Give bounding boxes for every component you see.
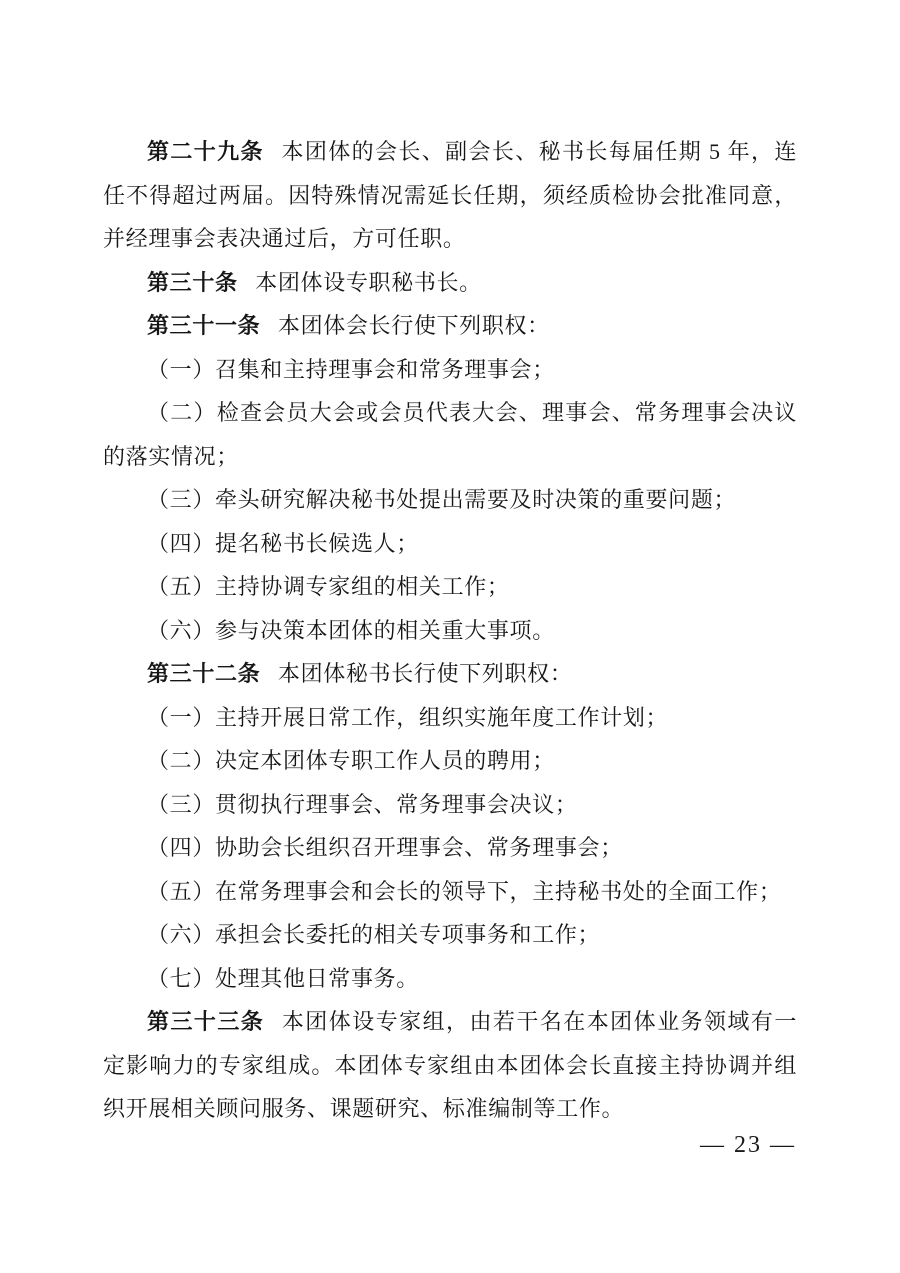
paragraph-text: （四）提名秘书长候选人； [147, 531, 419, 556]
clause-item: （五）在常务理事会和会长的领导下，主持秘书处的全面工作； [103, 870, 797, 914]
clause-item: （四）协助会长组织召开理事会、常务理事会； [103, 826, 797, 870]
paragraph-text: 本团体设专职秘书长。 [255, 270, 482, 295]
clause-item: （二）决定本团体专职工作人员的聘用； [103, 739, 797, 783]
page-number: — 23 — [700, 1132, 796, 1159]
article-paragraph: 第三十三条本团体设专家组，由若干名在本团体业务领域有一定影响力的专家组成。本团体… [103, 1000, 797, 1131]
paragraph-text: （二）检查会员大会或会员代表大会、理事会、常务理事会决议的落实情况； [103, 400, 797, 469]
paragraph-text: （六）承担会长委托的相关专项事务和工作； [147, 922, 600, 947]
paragraph-text: 本团体会长行使下列职权： [278, 313, 550, 338]
article-number: 第三十二条 [147, 661, 260, 686]
paragraph-text: 本团体秘书长行使下列职权： [278, 661, 573, 686]
article-number: 第三十一条 [147, 313, 260, 338]
clause-item: （三）贯彻执行理事会、常务理事会决议； [103, 783, 797, 827]
paragraph-text: （六）参与决策本团体的相关重大事项。 [147, 618, 555, 643]
article-paragraph: 第三十一条本团体会长行使下列职权： [103, 304, 797, 348]
article-number: 第二十九条 [147, 139, 264, 164]
article-number: 第三十条 [147, 270, 238, 295]
clause-item: （一）召集和主持理事会和常务理事会； [103, 348, 797, 392]
paragraph-text: （一）召集和主持理事会和常务理事会； [147, 357, 555, 382]
clause-item: （二）检查会员大会或会员代表大会、理事会、常务理事会决议的落实情况； [103, 391, 797, 478]
article-paragraph: 第二十九条本团体的会长、副会长、秘书长每届任期 5 年，连任不得超过两届。因特殊… [103, 130, 797, 261]
clause-item: （一）主持开展日常工作，组织实施年度工作计划； [103, 696, 797, 740]
clause-item: （三）牵头研究解决秘书处提出需要及时决策的重要问题； [103, 478, 797, 522]
clause-item: （五）主持协调专家组的相关工作； [103, 565, 797, 609]
clause-item: （六）承担会长委托的相关专项事务和工作； [103, 913, 797, 957]
paragraph-text: （四）协助会长组织召开理事会、常务理事会； [147, 835, 623, 860]
paragraph-text: （三）牵头研究解决秘书处提出需要及时决策的重要问题； [147, 487, 736, 512]
paragraph-text: （七）处理其他日常事务。 [147, 966, 419, 991]
article-number: 第三十三条 [147, 1009, 264, 1034]
paragraph-text: （五）在常务理事会和会长的领导下，主持秘书处的全面工作； [147, 879, 781, 904]
clause-item: （四）提名秘书长候选人； [103, 522, 797, 566]
clause-item: （七）处理其他日常事务。 [103, 957, 797, 1001]
clause-item: （六）参与决策本团体的相关重大事项。 [103, 609, 797, 653]
document-body: 第二十九条本团体的会长、副会长、秘书长每届任期 5 年，连任不得超过两届。因特殊… [103, 130, 797, 1131]
article-paragraph: 第三十二条本团体秘书长行使下列职权： [103, 652, 797, 696]
paragraph-text: （一）主持开展日常工作，组织实施年度工作计划； [147, 705, 668, 730]
paragraph-text: （三）贯彻执行理事会、常务理事会决议； [147, 792, 578, 817]
paragraph-text: （五）主持协调专家组的相关工作； [147, 574, 510, 599]
article-paragraph: 第三十条本团体设专职秘书长。 [103, 261, 797, 305]
paragraph-text: （二）决定本团体专职工作人员的聘用； [147, 748, 555, 773]
